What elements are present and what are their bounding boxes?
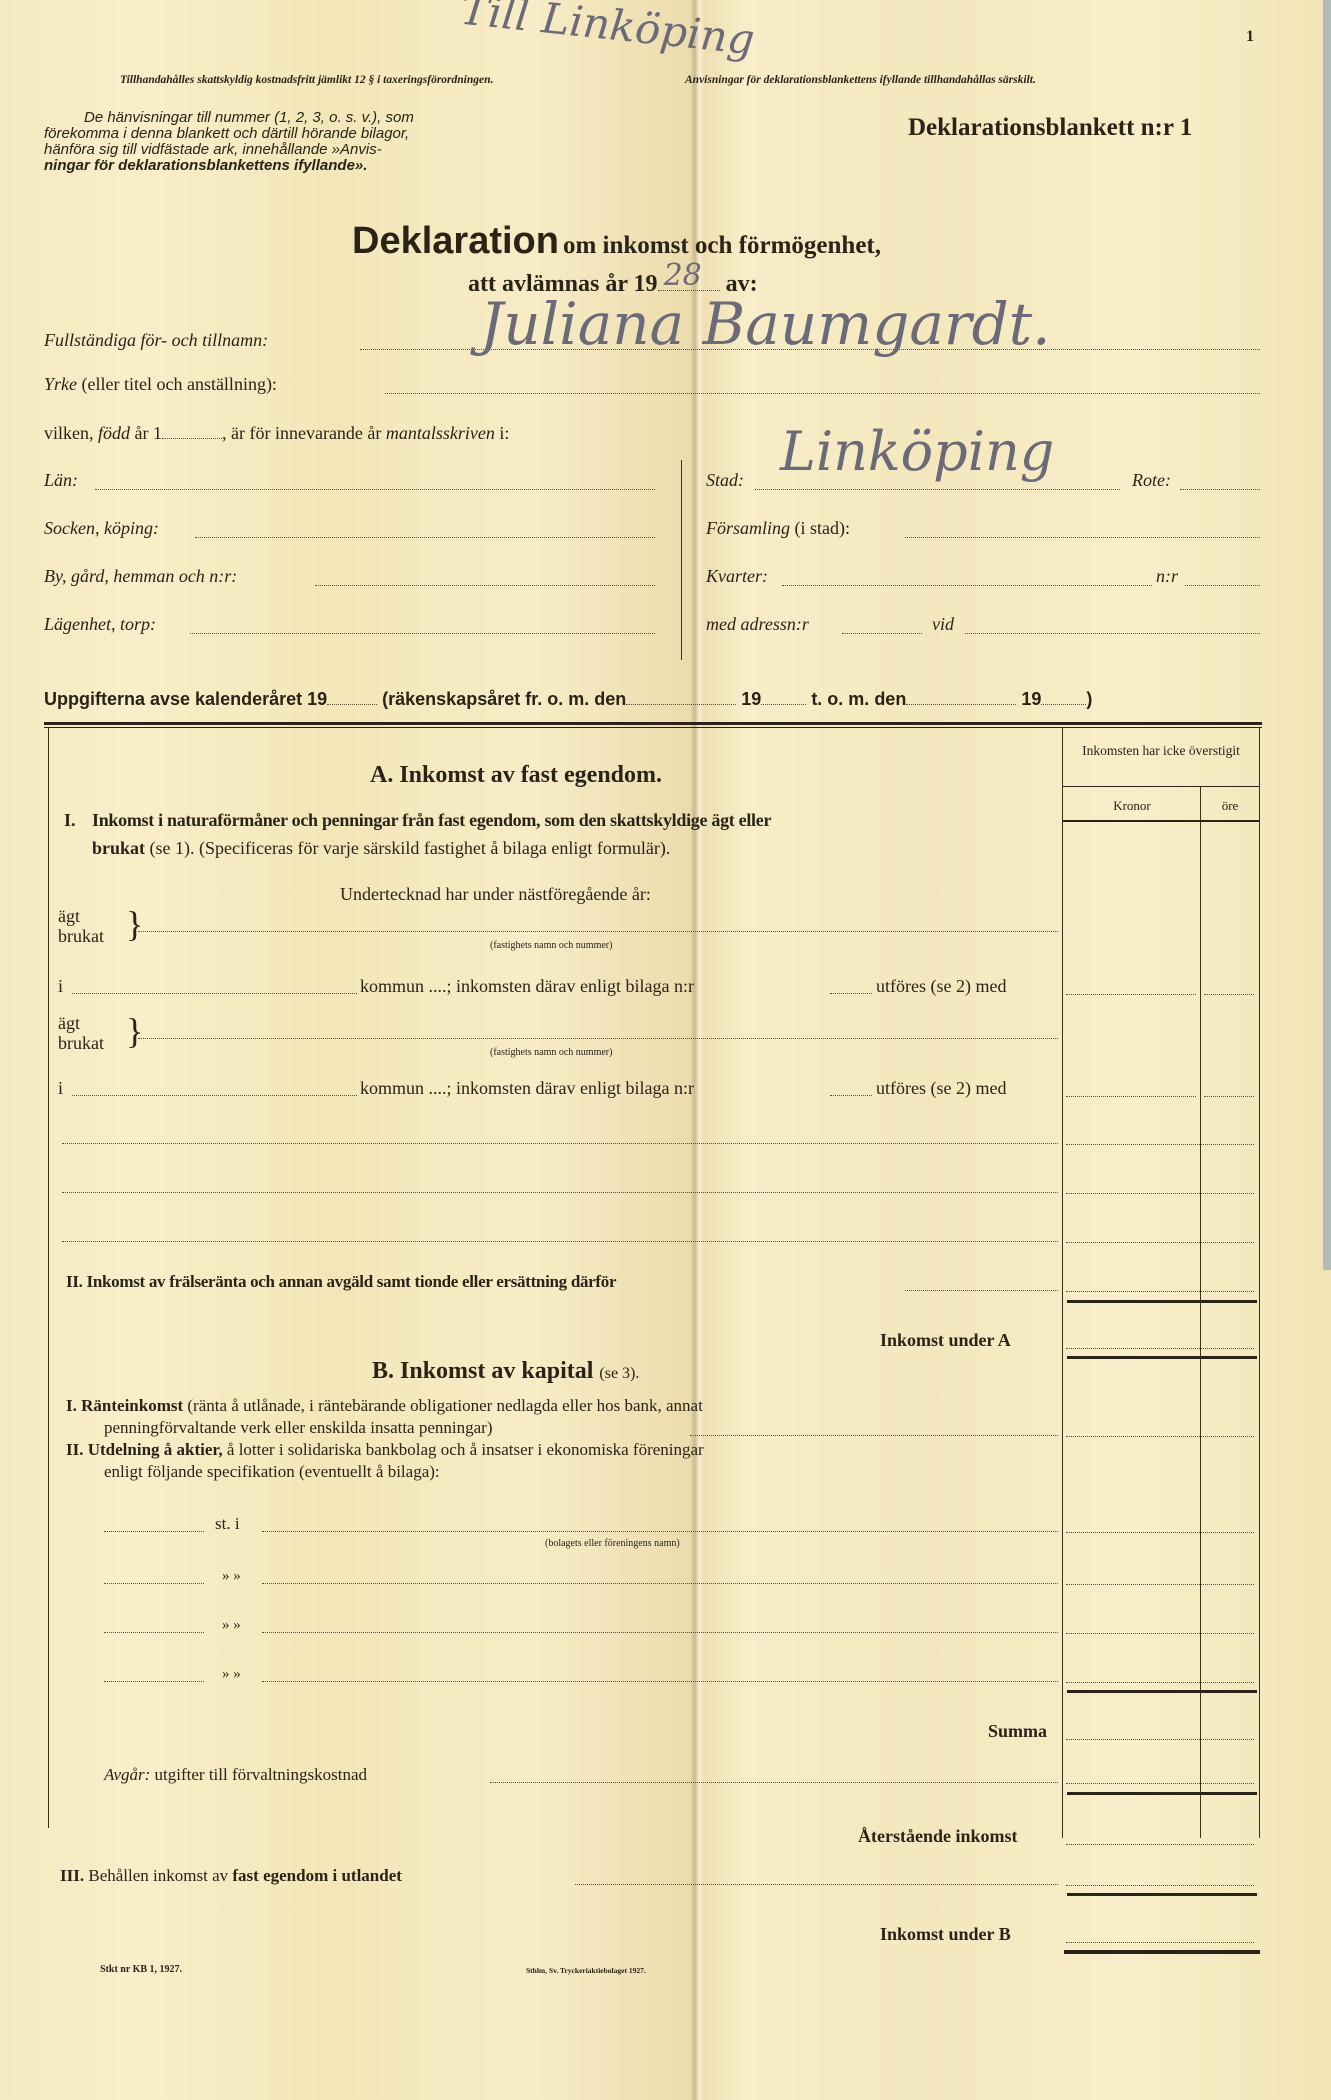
utfores-1: utföres (se 2) med	[876, 976, 1006, 997]
page-number: 1	[1246, 28, 1254, 46]
page-edge-shadow	[1323, 0, 1331, 1270]
blank-amount-2[interactable]	[1066, 1193, 1254, 1194]
dividend-1-amount[interactable]	[1066, 1532, 1254, 1533]
section-b-item3: III. Behållen inkomst av fast egendom i …	[60, 1866, 402, 1886]
kommun-1-field[interactable]	[72, 993, 357, 994]
item2-leader	[905, 1290, 1058, 1291]
inkomst-under-a-label: Inkomst under A	[880, 1330, 1011, 1351]
amount-header-rule	[1063, 786, 1259, 787]
name-handwritten: Juliana Baumgardt.	[480, 290, 1051, 358]
brace-1: }	[126, 906, 143, 942]
summa-amount[interactable]	[1066, 1739, 1254, 1740]
form-number: Deklarationsblankett n:r 1	[908, 114, 1192, 142]
period-label: Uppgifterna avse kalenderåret 19	[44, 689, 327, 709]
b-item3-num: III.	[60, 1866, 84, 1885]
agt-label: ägt	[58, 906, 104, 926]
ditto-mark: » »	[222, 1666, 241, 1683]
b-item3-bold: fast egendom i utlandet	[232, 1866, 402, 1885]
company-caption: (bolagets eller föreningens namn)	[545, 1538, 680, 1549]
reference-note: De hänvisningar till nummer (1, 2, 3, o.…	[44, 110, 524, 174]
summa-label: Summa	[988, 1721, 1047, 1742]
fiscal-to-label: t. o. m. den	[811, 689, 906, 709]
calendar-year-field[interactable]	[327, 686, 377, 705]
title-rest: om inkomst och förmögenhet,	[563, 232, 881, 259]
frame-left	[48, 728, 49, 1828]
amount-b-item3[interactable]	[1066, 1885, 1254, 1886]
address-divider	[681, 460, 682, 660]
dividend-3-count[interactable]	[104, 1632, 204, 1633]
kvarter-label: Kvarter:	[706, 566, 768, 587]
agt-brukat-label-1: ägtbrukat	[58, 906, 104, 946]
utfores-2: utföres (se 2) med	[876, 1078, 1006, 1099]
property-caption: (fastighets namn och nummer)	[490, 940, 612, 951]
reference-note-line: De hänvisningar till nummer (1, 2, 3, o.…	[44, 110, 524, 126]
aterstaende-amount[interactable]	[1066, 1844, 1254, 1845]
section-a-item1-line2: brukat (se 1). (Specificeras för varje s…	[92, 838, 670, 859]
avgar-row: Avgår: utgifter till förvaltningskostnad	[104, 1765, 367, 1785]
amount-a1-kronor[interactable]	[1066, 994, 1196, 995]
b-item3-leader	[575, 1884, 1058, 1885]
occupation-label-text: (eller titel och anställning):	[82, 374, 277, 394]
rote-label: Rote:	[1132, 470, 1171, 491]
born-row: vilken, född år 1, är för innevarande år…	[44, 420, 509, 444]
inkomst-under-b-label: Inkomst under B	[880, 1924, 1011, 1945]
dividend-1-company[interactable]	[262, 1531, 1058, 1532]
by-field[interactable]	[315, 585, 655, 586]
total-rule-a	[1067, 1356, 1257, 1359]
fiscal-to-year-field[interactable]	[1041, 686, 1086, 705]
dividend-2-company[interactable]	[262, 1583, 1058, 1584]
amount-b-item1[interactable]	[1066, 1436, 1254, 1437]
inkomst-under-a-amount[interactable]	[1066, 1348, 1254, 1349]
lan-label: Län:	[44, 470, 78, 491]
born-label-italic: född	[98, 423, 130, 443]
rote-field[interactable]	[1180, 489, 1260, 490]
vid-label: vid	[932, 614, 954, 635]
item2-num: II.	[66, 1272, 83, 1291]
blank-line-3[interactable]	[62, 1241, 1058, 1242]
b-item2-bold: Utdelning å aktier,	[88, 1440, 223, 1459]
born-label-rest: , är för innevarande år	[222, 423, 381, 443]
blank-amount-3[interactable]	[1066, 1242, 1254, 1243]
section-a-item1-num: I.	[64, 810, 76, 831]
section-a-title: A. Inkomst av fast egendom.	[370, 762, 662, 789]
born-label-end: i:	[499, 423, 509, 443]
property-1-field[interactable]	[138, 931, 1058, 932]
aterstaende-rule	[1067, 1792, 1257, 1795]
title-main: Deklaration	[352, 220, 559, 262]
kommun-2-text: kommun ....; inkomsten därav enligt bila…	[360, 1078, 694, 1099]
brukat-label: brukat	[58, 1033, 104, 1053]
inkomst-under-b-amount[interactable]	[1066, 1942, 1254, 1943]
fiscal-from-field[interactable]	[626, 686, 736, 705]
adress-label: med adressn:r	[706, 614, 809, 635]
nr-label: n:r	[1156, 566, 1178, 587]
amount-column-header: Inkomsten har icke överstigit	[1064, 742, 1258, 759]
reference-note-line: förekomma i denna blankett och därtill h…	[44, 126, 524, 142]
amount-header-rule-thick	[1063, 820, 1259, 822]
st-i-label: st. i	[215, 1514, 240, 1534]
nr-field[interactable]	[1185, 585, 1260, 586]
section-a-item1-text: Inkomst i naturaförmåner och penningar f…	[92, 810, 771, 831]
section-b-title-text: B. Inkomst av kapital	[372, 1358, 593, 1384]
fiscal-to-year-label: 19	[1021, 689, 1041, 709]
period-rule-thin	[44, 727, 1262, 728]
section-b-item1: I. Ränteinkomst (ränta å utlånade, i rän…	[66, 1396, 703, 1416]
amount-a2-kronor[interactable]	[1066, 1096, 1196, 1097]
b-item2-num: II.	[66, 1440, 83, 1459]
bilaga-1-field[interactable]	[830, 993, 872, 994]
forsamling-label-italic: Församling	[706, 518, 790, 538]
b-item1-line2: penningförvaltande verk eller enskilda i…	[104, 1418, 493, 1438]
birth-year-field[interactable]	[162, 420, 222, 439]
brukat-bold: brukat	[92, 838, 145, 858]
dividend-3-company[interactable]	[262, 1632, 1058, 1633]
dividend-4-count[interactable]	[104, 1681, 204, 1682]
amount-a-item2[interactable]	[1066, 1291, 1254, 1292]
period-row: Uppgifterna avse kalenderåret 19 (räkens…	[44, 686, 1092, 710]
born-label: vilken,	[44, 423, 94, 443]
socken-field[interactable]	[195, 537, 655, 538]
occupation-label: Yrke (eller titel och anställning):	[44, 374, 277, 395]
blank-line-1[interactable]	[62, 1143, 1058, 1144]
occupation-field[interactable]	[385, 393, 1260, 394]
b-item3-text: Behållen inkomst av	[88, 1866, 228, 1885]
b-item1-leader	[690, 1435, 1058, 1436]
stad-field[interactable]	[755, 489, 1120, 490]
subtotal-rule-b3	[1067, 1893, 1257, 1896]
handwritten-addressee: Till Linköping	[458, 0, 757, 64]
brukat-label: brukat	[58, 926, 104, 946]
property-caption: (fastighets namn och nummer)	[490, 1047, 612, 1058]
footer-stock-number: Stkt nr KB 1, 1927.	[100, 1964, 182, 1975]
socken-label: Socken, köping:	[44, 518, 159, 539]
section-b-item2: II. Utdelning å aktier, å lotter i solid…	[66, 1440, 704, 1460]
bilaga-2-field[interactable]	[830, 1095, 872, 1096]
dividend-4-amount[interactable]	[1066, 1682, 1254, 1683]
kronor-header: Kronor	[1064, 798, 1200, 814]
born-label-year: år 1	[135, 423, 162, 443]
subtotal-rule-a	[1067, 1300, 1257, 1303]
agt-label: ägt	[58, 1013, 104, 1033]
b-item1-bold: Ränteinkomst	[81, 1396, 183, 1415]
blank-line-2[interactable]	[62, 1192, 1058, 1193]
fiscal-to-field[interactable]	[906, 686, 1016, 705]
page-title: Deklaration om inkomst och förmögenhet,	[352, 220, 881, 263]
year-field[interactable]: 28	[658, 266, 720, 291]
dividend-1-count[interactable]	[104, 1531, 204, 1532]
agt-brukat-label-2: ägtbrukat	[58, 1013, 104, 1053]
b-item1-text: (ränta å utlånade, i räntebärande obliga…	[187, 1396, 702, 1415]
footer-printer: Sthlm, Sv. Tryckeriaktiebolaget 1927.	[526, 1966, 646, 1975]
adress-nr-field[interactable]	[842, 633, 922, 634]
avgar-leader	[490, 1782, 1058, 1783]
name-label: Fullständiga för- och tillnamn:	[44, 330, 268, 351]
kommun-1-text: kommun ....; inkomsten därav enligt bila…	[360, 976, 694, 997]
fiscal-from-label: (räkenskapsåret fr. o. m. den	[382, 689, 626, 709]
amount-col-right	[1259, 728, 1260, 1838]
year-handwritten: 28	[664, 258, 702, 293]
forsamling-label-text: (i stad):	[795, 518, 851, 538]
i-label: i	[58, 1078, 63, 1099]
ore-col-left	[1200, 820, 1201, 1838]
period-close: )	[1086, 689, 1092, 709]
ditto-mark: » »	[222, 1617, 241, 1634]
undertecknad-label: Undertecknad har under nästföregående år…	[340, 884, 651, 905]
notice-right: Anvisningar för deklarationsblankettens …	[685, 74, 1036, 86]
b-item2-text: å lotter i solidariska bankbolag och å i…	[227, 1440, 704, 1459]
ore-header: öre	[1201, 798, 1259, 814]
avgar-label: Avgår:	[104, 1765, 150, 1784]
lan-field[interactable]	[95, 489, 655, 490]
amount-col-left	[1062, 728, 1063, 1838]
forsamling-label: Församling (i stad):	[706, 518, 850, 539]
dividend-4-company[interactable]	[262, 1681, 1058, 1682]
reference-note-line: hänföra sig till vidfästade ark, innehål…	[44, 142, 524, 158]
lagenhet-label: Lägenhet, torp:	[44, 614, 156, 635]
kvarter-field[interactable]	[782, 585, 1152, 586]
stad-handwritten: Linköping	[780, 420, 1054, 483]
brace-2: }	[126, 1013, 143, 1049]
dividend-2-count[interactable]	[104, 1583, 204, 1584]
kommun-2-field[interactable]	[72, 1095, 357, 1096]
amount-a2-ore[interactable]	[1204, 1096, 1254, 1097]
stad-label: Stad:	[706, 470, 744, 491]
fiscal-from-year-field[interactable]	[761, 686, 806, 705]
by-label: By, gård, hemman och n:r:	[44, 566, 237, 587]
section-a-item2: II. Inkomst av frälseränta och annan avg…	[66, 1272, 616, 1292]
avgar-amount[interactable]	[1066, 1783, 1254, 1784]
i-label: i	[58, 976, 63, 997]
item2-text: Inkomst av frälseränta och annan avgäld …	[87, 1272, 617, 1291]
section-b-title: B. Inkomst av kapital (se 3).	[372, 1358, 639, 1385]
period-rule	[44, 722, 1262, 725]
b-item2-line2: enligt följande specifikation (eventuell…	[104, 1462, 440, 1482]
lagenhet-field[interactable]	[190, 633, 655, 634]
ditto-mark: » »	[222, 1568, 241, 1585]
amount-a1-ore[interactable]	[1204, 994, 1254, 995]
blank-amount-1[interactable]	[1066, 1144, 1254, 1145]
b-item1-num: I.	[66, 1396, 77, 1415]
section-b-ref: (se 3).	[599, 1365, 639, 1382]
occupation-label-italic: Yrke	[44, 374, 77, 394]
subtotal-rule-b	[1067, 1690, 1257, 1693]
forsamling-field[interactable]	[905, 537, 1260, 538]
fiscal-from-year-label: 19	[741, 689, 761, 709]
avgar-text: utgifter till förvaltningskostnad	[155, 1765, 367, 1784]
aterstaende-label: Återstående inkomst	[858, 1826, 1018, 1847]
property-2-field[interactable]	[138, 1038, 1058, 1039]
vid-field[interactable]	[965, 633, 1260, 634]
notice-left: Tillhandahålles skattskyldig kostnadsfri…	[120, 74, 493, 86]
specification-note: (se 1). (Specificeras för varje särskild…	[150, 838, 671, 858]
total-rule-b	[1064, 1950, 1260, 1954]
dividend-2-amount[interactable]	[1066, 1584, 1254, 1585]
mantal-label: mantalsskriven	[386, 423, 495, 443]
reference-note-bold: ningar för deklarationsblankettens ifyll…	[44, 158, 524, 174]
dividend-3-amount[interactable]	[1066, 1633, 1254, 1634]
